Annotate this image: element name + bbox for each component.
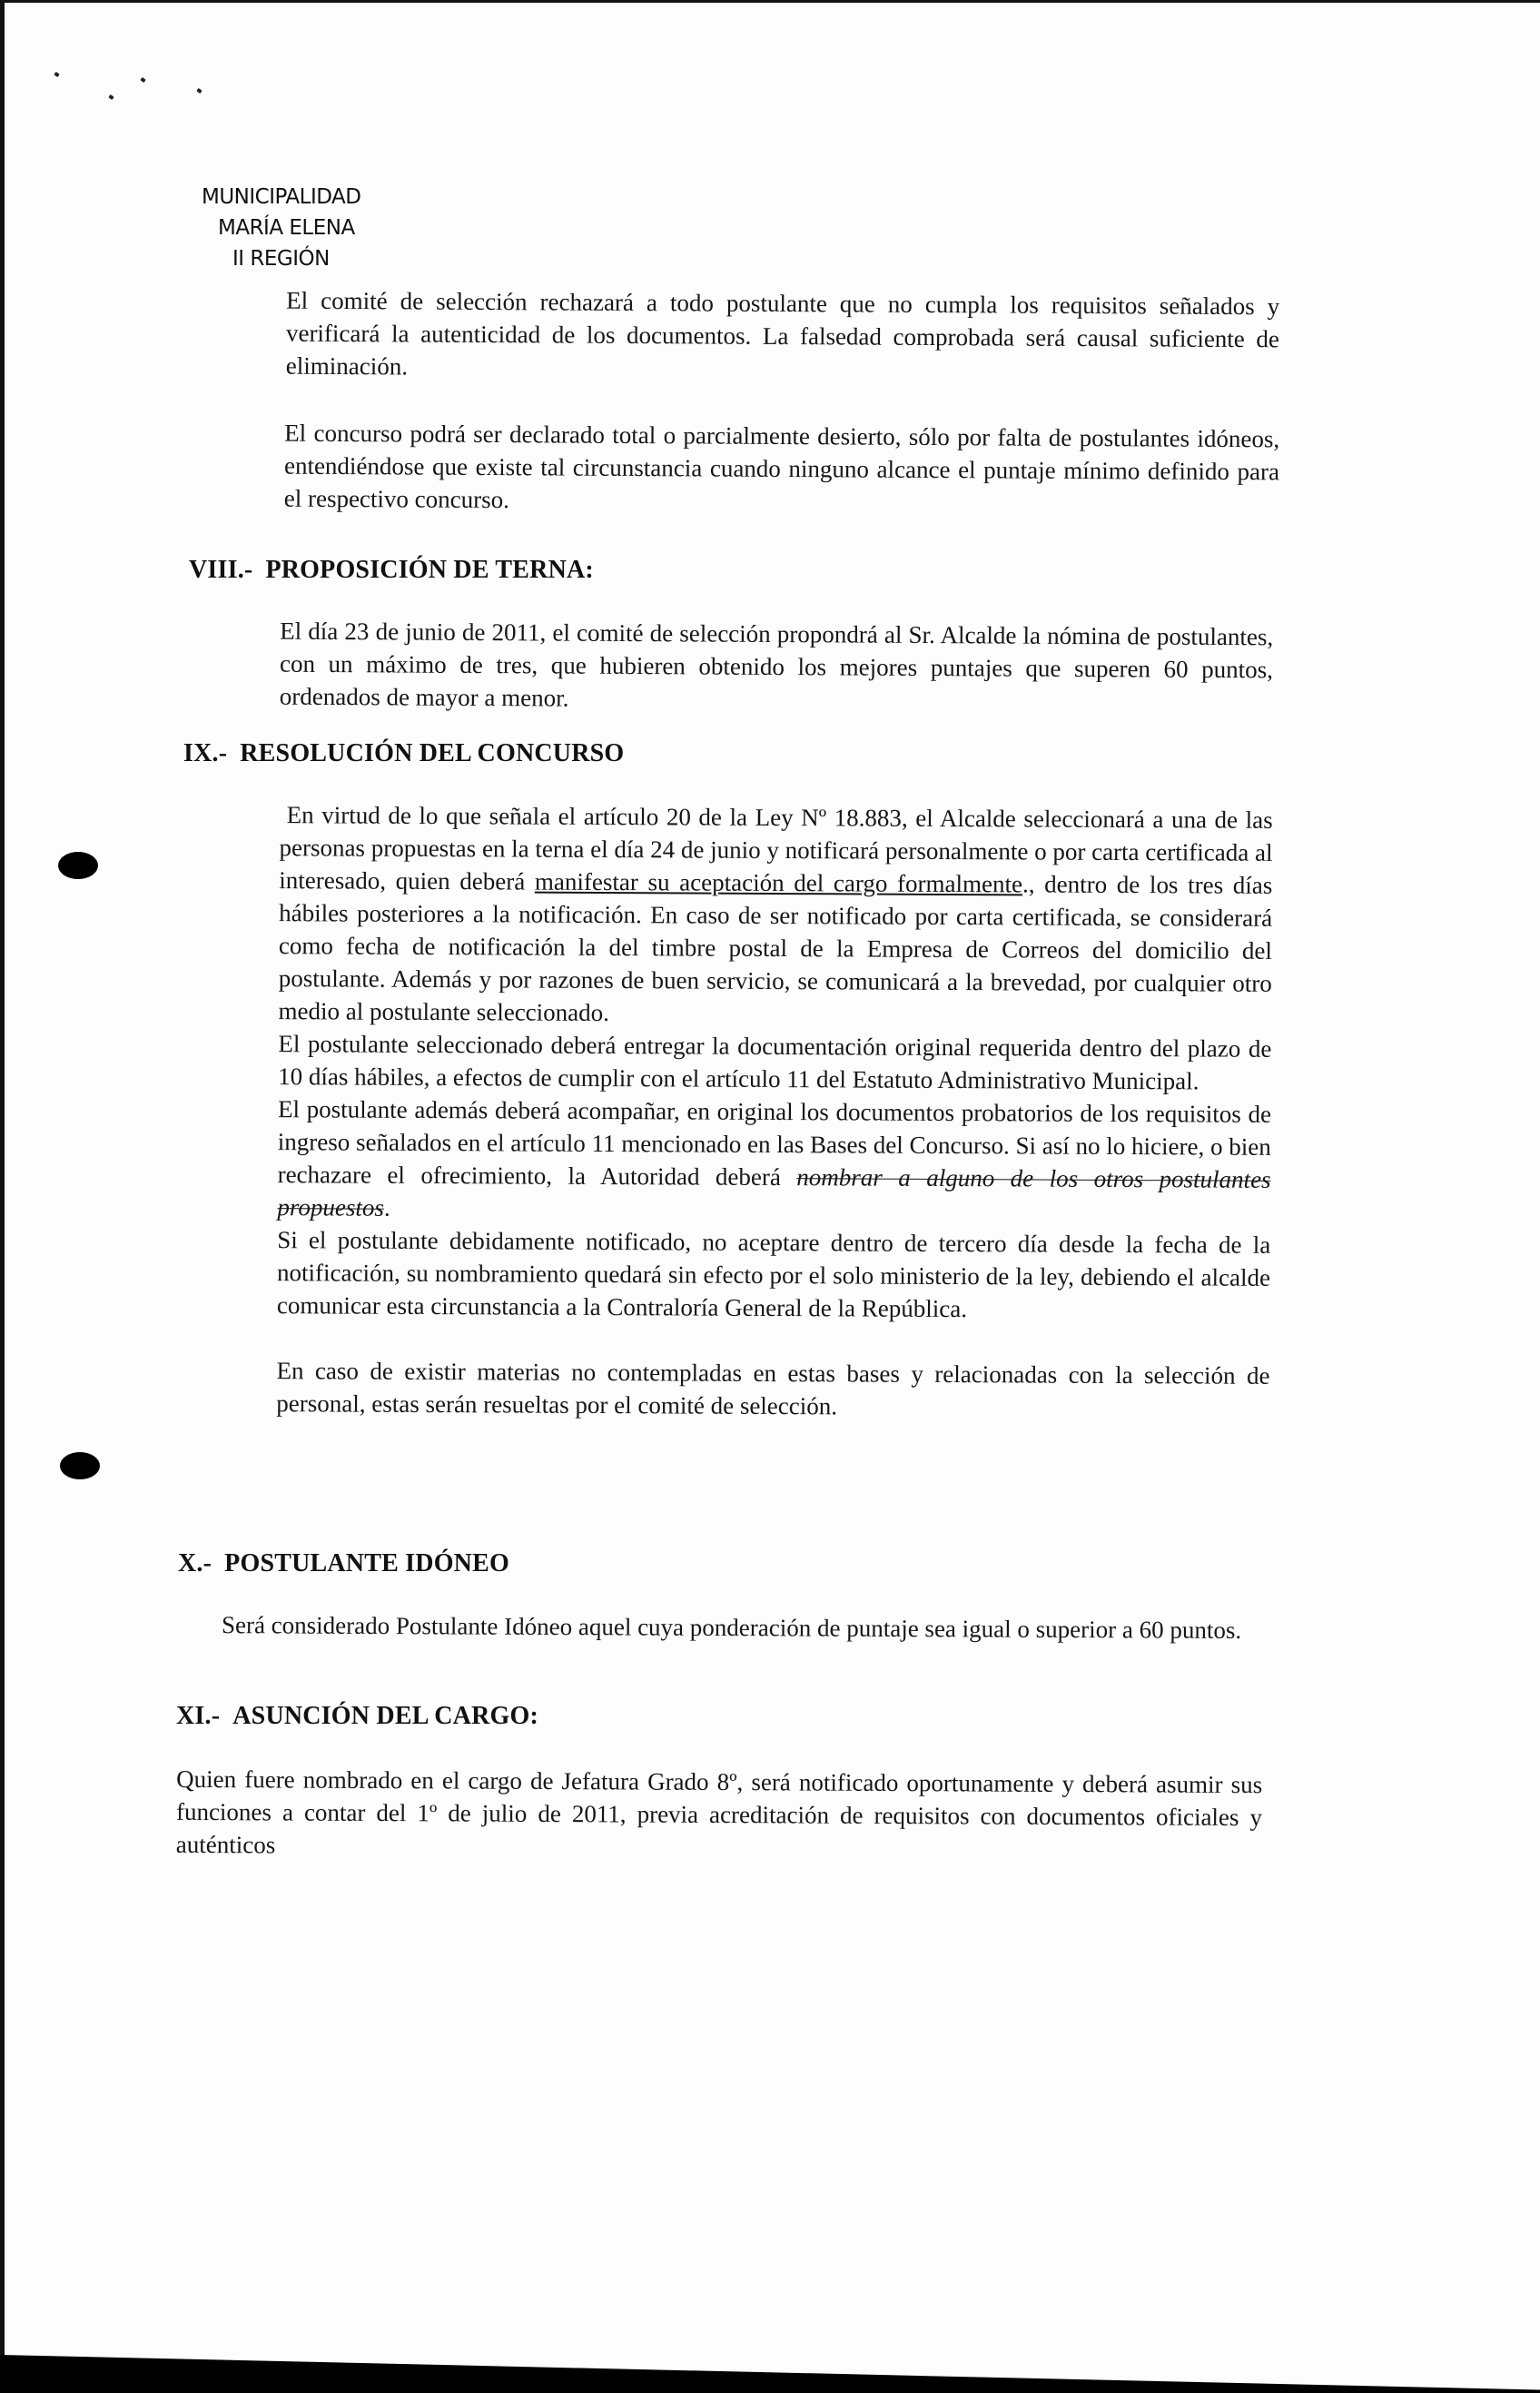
letterhead-region: II REGIÓN xyxy=(202,243,361,274)
section-title: PROPOSICIÓN DE TERNA: xyxy=(265,556,594,584)
paragraph-text: El día 23 de junio de 2011, el comité de… xyxy=(280,615,1274,719)
letterhead-commune: MARÍA ELENA xyxy=(202,213,361,243)
paragraph-suitable-applicant: Será considerado Postulante Idóneo aquel… xyxy=(178,1608,1264,1646)
paragraph-alcalde-selection: En virtud de lo que señala el artículo 2… xyxy=(278,798,1272,1033)
section-heading-x: X.-POSTULANTE IDÓNEO xyxy=(178,1549,509,1578)
section-title: ASUNCIÓN DEL CARGO: xyxy=(232,1702,538,1730)
paragraph-terna: El día 23 de junio de 2011, el comité de… xyxy=(280,615,1274,719)
paragraph-text: El comité de selección rechazará a todo … xyxy=(286,284,1280,389)
letterhead: MUNICIPALIDAD MARÍA ELENA II REGIÓN xyxy=(202,182,361,274)
section-title: POSTULANTE IDÓNEO xyxy=(224,1549,509,1577)
scan-speck xyxy=(54,72,59,77)
scan-edge-left xyxy=(0,0,5,2393)
paragraph-text: . xyxy=(384,1194,390,1221)
paragraph-text: El concurso podrá ser declarado total o … xyxy=(284,417,1280,521)
section-body-ix: En virtud de lo que señala el artículo 2… xyxy=(276,798,1273,1425)
punch-hole-upper xyxy=(58,852,98,879)
section-number: VIII.- xyxy=(189,556,252,584)
section-heading-viii: VIII.-PROPOSICIÓN DE TERNA: xyxy=(189,556,594,585)
scanned-page: MUNICIPALIDAD MARÍA ELENA II REGIÓN El c… xyxy=(0,0,1540,2393)
section-number: IX.- xyxy=(183,739,227,767)
paragraph-non-acceptance: Si el postulante debidamente notificado,… xyxy=(277,1223,1271,1327)
letterhead-municipality: MUNICIPALIDAD xyxy=(202,182,361,213)
paragraph-assumption: Quien fuere nombrado en el cargo de Jefa… xyxy=(176,1763,1263,1866)
paragraph-rejection: El comité de selección rechazará a todo … xyxy=(286,284,1280,389)
scan-speck xyxy=(196,88,202,94)
scan-edge-bottom xyxy=(0,2329,1540,2393)
punch-hole-lower xyxy=(60,1452,100,1479)
paragraph-text: Quien fuere nombrado en el cargo de Jefa… xyxy=(176,1763,1263,1866)
section-heading-xi: XI.-ASUNCIÓN DEL CARGO: xyxy=(176,1702,538,1731)
scan-edge-top xyxy=(0,0,1540,3)
paragraph-probatory-documents: El postulante además deberá acompañar, e… xyxy=(277,1093,1271,1229)
section-number: X.- xyxy=(178,1549,212,1577)
paragraph-desert-contest: El concurso podrá ser declarado total o … xyxy=(284,417,1280,521)
struck-text: manifestar su aceptación del cargo forma… xyxy=(535,868,1022,898)
scan-speck xyxy=(140,77,145,83)
section-title: RESOLUCIÓN DEL CONCURSO xyxy=(240,739,624,767)
paragraph-unforeseen-matters: En caso de existir materias no contempla… xyxy=(276,1354,1269,1425)
paragraph-text: Será considerado Postulante Idóneo aquel… xyxy=(178,1608,1264,1646)
section-number: XI.- xyxy=(176,1702,220,1730)
scan-speck xyxy=(108,94,114,100)
paragraph-original-documentation: El postulante seleccionado deberá entreg… xyxy=(278,1027,1271,1098)
section-heading-ix: IX.-RESOLUCIÓN DEL CONCURSO xyxy=(183,739,624,768)
